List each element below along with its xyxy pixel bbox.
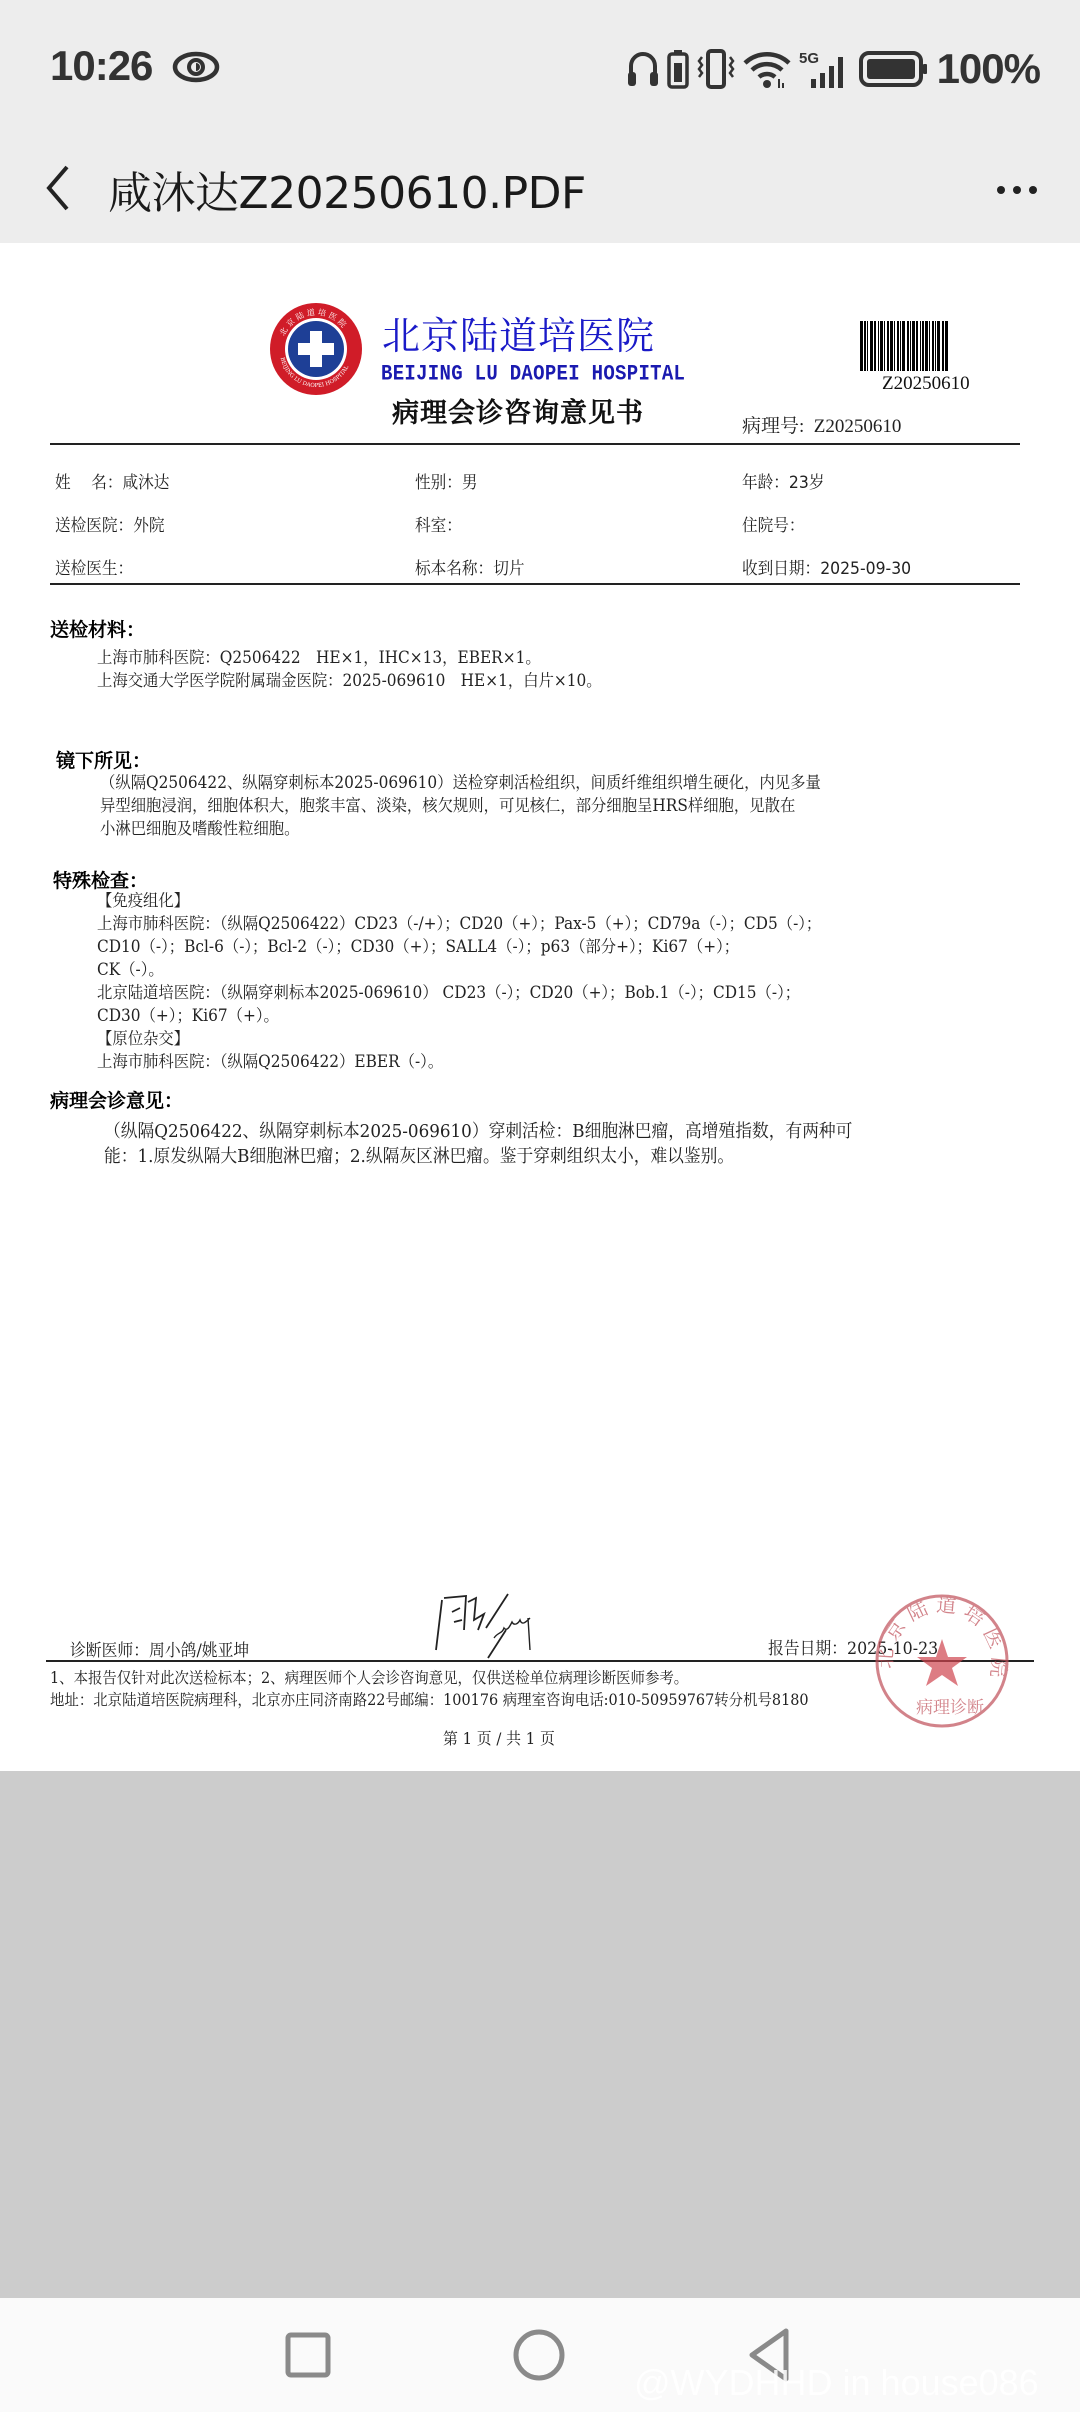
app-bar: 咸沐达Z20250610.PDF bbox=[0, 135, 1080, 243]
headphones-icon bbox=[627, 50, 659, 88]
more-horizontal-icon bbox=[997, 186, 1005, 194]
vibrate-icon bbox=[697, 49, 735, 89]
signature-image bbox=[430, 1590, 560, 1660]
patient-name: 姓 名：咸沐达 bbox=[55, 468, 169, 493]
status-time: 10:26 bbox=[50, 42, 152, 90]
svg-text:病理诊断: 病理诊断 bbox=[916, 1698, 984, 1718]
watermark-text: @WYDHHD in house086 bbox=[634, 2362, 1039, 2404]
battery-small-icon bbox=[667, 49, 689, 89]
microscopy-line: （纵隔Q2506422、纵隔穿刺标本2025-069610）送检穿刺活检组织，间… bbox=[100, 771, 821, 794]
hospital-name-en: BEIJING LU DAOPEI HOSPITAL bbox=[381, 361, 685, 386]
home-button[interactable] bbox=[504, 2320, 574, 2390]
pathology-number-label: 病理号: bbox=[742, 416, 804, 437]
pdf-page[interactable]: 北 京 陆 道 培 医 院 BEIJING LU DAOPEI HOSPITAL… bbox=[0, 243, 1080, 1771]
barcode bbox=[860, 321, 962, 371]
microscopy-line: 小淋巴细胞及嗜酸性粒细胞。 bbox=[100, 817, 299, 840]
special-exam-line: 上海市肺科医院：（纵隔Q2506422）EBER（-）。 bbox=[97, 1050, 443, 1073]
special-exam-line: 【原位杂交】 bbox=[97, 1027, 189, 1050]
special-exam-line: CD10（-）；Bcl-6（-）；Bcl-2（-）；CD30（+）；SALL4（… bbox=[97, 935, 739, 958]
specimen-name: 标本名称：切片 bbox=[415, 554, 524, 579]
diagnosing-doctor: 诊断医师：周小鸽/姚亚坤 bbox=[70, 1636, 249, 1661]
official-stamp-icon: 北 京 陆 道 培 医 院 病理诊断 bbox=[872, 1591, 1012, 1731]
materials-heading: 送检材料： bbox=[50, 615, 145, 642]
status-bar: 10:26 5G bbox=[0, 0, 1080, 135]
microscopy-line: 异型细胞浸润，细胞体积大，胞浆丰富、淡染，核欠规则，可见核仁，部分细胞呈HRS样… bbox=[100, 794, 795, 817]
battery-icon bbox=[859, 49, 929, 89]
hospital-name-cn: 北京陆道培医院 bbox=[382, 305, 655, 360]
received-date: 收到日期：2025-09-30 bbox=[742, 554, 911, 579]
dot bbox=[1013, 186, 1021, 194]
materials-line: 上海市肺科医院：Q2506422 HE×1，IHC×13，EBER×1。 bbox=[97, 646, 541, 669]
status-icons: 5G 100% bbox=[627, 44, 1040, 94]
address-line: 地址：北京陆道培医院病理科，北京亦庄同济南路22号邮编：100176 病理室咨询… bbox=[50, 1688, 809, 1710]
divider bbox=[50, 583, 1020, 585]
signal-icon: 5G bbox=[799, 49, 851, 89]
patient-gender: 性别：男 bbox=[415, 468, 478, 493]
home-circle-icon bbox=[511, 2327, 567, 2383]
special-exam-line: 上海市肺科医院：（纵隔Q2506422）CD23（-/+）；CD20（+）；Pa… bbox=[97, 912, 821, 935]
disclaimer-note: 1、本报告仅针对此次送检标本；2、病理医师个人会诊咨询意见，仅供送检单位病理诊断… bbox=[50, 1666, 688, 1688]
document-title: 咸沐达Z20250610.PDF bbox=[108, 157, 586, 221]
patient-age: 年龄：23岁 bbox=[742, 468, 824, 493]
special-exam-line: CD30（+）；Ki67（+）。 bbox=[97, 1004, 279, 1027]
admission-number: 住院号： bbox=[742, 511, 805, 536]
hospital-logo-icon: 北 京 陆 道 培 医 院 BEIJING LU DAOPEI HOSPITAL bbox=[268, 301, 364, 397]
chevron-left-icon bbox=[43, 163, 73, 213]
svg-text:5G: 5G bbox=[799, 50, 819, 67]
wifi-icon bbox=[743, 49, 791, 89]
pathology-number-value: Z20250610 bbox=[814, 416, 902, 437]
materials-line: 上海交通大学医学院附属瑞金医院：2025-069610 HE×1，白片×10。 bbox=[97, 669, 602, 692]
divider bbox=[50, 443, 1020, 445]
report-title: 病理会诊咨询意见书 bbox=[392, 391, 644, 430]
special-exam-line: 【免疫组化】 bbox=[97, 889, 189, 912]
sending-doctor: 送检医生： bbox=[55, 554, 133, 579]
eye-icon bbox=[172, 50, 220, 84]
microscopy-heading: 镜下所见： bbox=[56, 746, 151, 773]
battery-percent: 100% bbox=[937, 45, 1040, 93]
recents-square-icon bbox=[284, 2331, 332, 2379]
more-options-button[interactable] bbox=[982, 155, 1052, 225]
opinion-heading: 病理会诊意见： bbox=[50, 1086, 183, 1113]
pathology-number: 病理号: Z20250610 bbox=[742, 411, 901, 438]
special-exam-line: 北京陆道培医院：（纵隔穿刺标本2025-069610） CD23（-）；CD20… bbox=[97, 981, 800, 1004]
page-indicator: 第 1 页 / 共 1 页 bbox=[443, 1726, 555, 1749]
sending-hospital: 送检医院：外院 bbox=[55, 511, 164, 536]
recents-button[interactable] bbox=[273, 2320, 343, 2390]
opinion-line: （纵隔Q2506422、纵隔穿刺标本2025-069610）穿刺活检：B细胞淋巴… bbox=[104, 1119, 852, 1144]
opinion-line: 能：1.原发纵隔大B细胞淋巴瘤；2.纵隔灰区淋巴瘤。鉴于穿刺组织太小，难以鉴别。 bbox=[104, 1144, 734, 1169]
special-exam-line: CK（-）。 bbox=[97, 958, 164, 981]
dot bbox=[1029, 186, 1037, 194]
barcode-number: Z20250610 bbox=[882, 373, 970, 395]
back-button[interactable] bbox=[30, 153, 86, 223]
department: 科室： bbox=[415, 511, 462, 536]
